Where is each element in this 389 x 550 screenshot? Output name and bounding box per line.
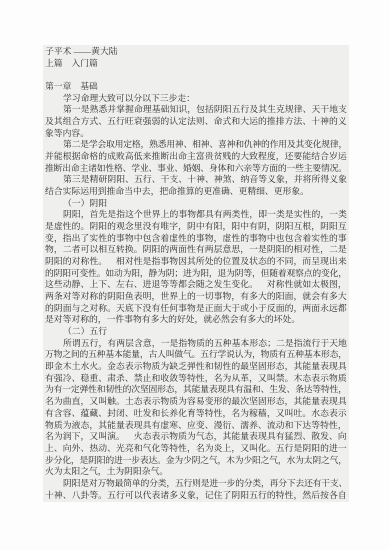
text-line: 并能根据命格的成败高低来推断出命主富贵贫贱的大致程度，还要能结合岁运: [45, 151, 347, 163]
text-line: 阴阳的对称性。 相对性是指事物因其所处的位置及状态的不同，而呈现出来: [45, 256, 347, 268]
text-line: 名为曲直，又叫触。土态表示物质为容易变形的最次坚固形态，其能量表现具: [45, 396, 347, 408]
text-line: 有强冷、稳重、肃杀、禁止和收敛等特性，名为从革，又叫禁。木态表示物质: [45, 373, 347, 385]
text-line: 十神、八卦等。五行可以代表诸多义象，记住了阴阳五行的特性，然后按各自: [45, 490, 347, 502]
text-line: 万物之间的五种基本能量，古人叫做气。五行学说认为，物质有五种基本形态，: [45, 349, 347, 361]
text-line: 及其组合方式、五行旺衰强弱的认定法则、命式和大运的推排方法、十神的义: [45, 116, 347, 128]
text-line: 的阴面与之对称。天底下没有任何事物是正面大于或小于反面的，两面永远都: [45, 303, 347, 315]
text-line: 第三是精研阴阳、五行、干支、十神、神煞、纳音等义象，并将所得义象: [45, 174, 347, 186]
text-line: 第二是学会取用定格，熟悉用神、相神、喜神和仇神的作用及其变化规律，: [45, 139, 347, 151]
text-line: 名为润下，又叫演。 火态表示物质为气态，其能量表现具有猛烈、散发、向: [45, 431, 347, 443]
text-line: 子平术 ——黄大陆: [45, 46, 347, 58]
scanned-page: 子平术 ——黄大陆上篇 入门篇 第一章 基础学习命理大致可以分以下三步走：第一是…: [43, 45, 349, 502]
text-line: 上篇 入门篇: [45, 58, 347, 70]
blank-line: [45, 69, 347, 81]
document-viewer: { "document": { "type": "scanned-book-pa…: [0, 0, 389, 550]
text-line: （二）五行: [45, 326, 347, 338]
text-line: 火为太阳之气，土为阴阳杂气。: [45, 466, 347, 478]
text-line: 两条对等对称的阴阳鱼表明，世界上的一切事物，有多大的阳面，就会有多大: [45, 291, 347, 303]
text-line: 是对等对称的，一件事物有多大的好处，就必然会有多大的坏处。: [45, 314, 347, 326]
text-line: 即金木土水火。金态表示物质为缺乏弹性和韧性的最坚固形态，其能量表现具: [45, 361, 347, 373]
text-line: （一）阴阳: [45, 198, 347, 210]
text-line: 的阴阳可变性。如动为阳，静为阴；进为阳，退为阴等，但随着观察点的变化，: [45, 268, 347, 280]
text-line: 第一是熟悉并掌握命理基础知识，包括阴阳五行及其生克规律、天干地支: [45, 104, 347, 116]
text-line: 物质为液态，其能量表现具有虚寒、应变、漫衍、濡养、流动和下达等特性，: [45, 420, 347, 432]
text-line: 象等内容。: [45, 128, 347, 140]
text-line: 为有一定弹性和韧性的次坚固形态，其能量表现具有温和、生发、条达等特性，: [45, 384, 347, 396]
text-line: 这些动静、上下、左右、进退等等都会随之发生变化。 对称性就如太极图，: [45, 279, 347, 291]
text-line: 第一章 基础: [45, 81, 347, 93]
text-line: 学习命理大致可以分以下三步走：: [45, 93, 347, 105]
text-line: 阴阳，首先是指这个世界上的事物都具有两类性，即一类是实性的，一类: [45, 209, 347, 221]
text-line: 物，二者可以相互转换。阴阳的两面性有两层意思，一是阴阳的相对性，二是: [45, 244, 347, 256]
text-line: 步分化，是阴阳的进一步表达。金为少阴之气，木为少阳之气，水为太阴之气，: [45, 455, 347, 467]
text-line: 所谓五行，有两层含意，一是指物质的五种基本形态；二是指流行于天地: [45, 338, 347, 350]
text-line: 结合实际运用到推命当中去，把命推算的更准确、更精细、更形象。: [45, 186, 347, 198]
text-line: 是虚性的。阴阳的观念里没有唯字，阴中有阳，阳中有阴，阴阳互根，阴阳互: [45, 221, 347, 233]
text-line: 变，指出了实性的事物中包含着虚性的事物，虚性的事物中也包含着实性的事: [45, 233, 347, 245]
text-line: 阴阳是对万物最简单的分类，五行则是进一步的分类，再分下去还有干支、: [45, 478, 347, 490]
text-line: 上、向外、热动、光亮和气化等特性，名为炎上，又叫化。五行是阴阳的进一: [45, 443, 347, 455]
text-line: 有含容、蕴藏、封闭、吐发和长养化育等特性，名为稼穑，又叫吐。水态表示: [45, 408, 347, 420]
text-line: 推断出命主诸如性格、学业、事业、婚姻、身体和六亲等方面的一些主要情况。: [45, 163, 347, 175]
